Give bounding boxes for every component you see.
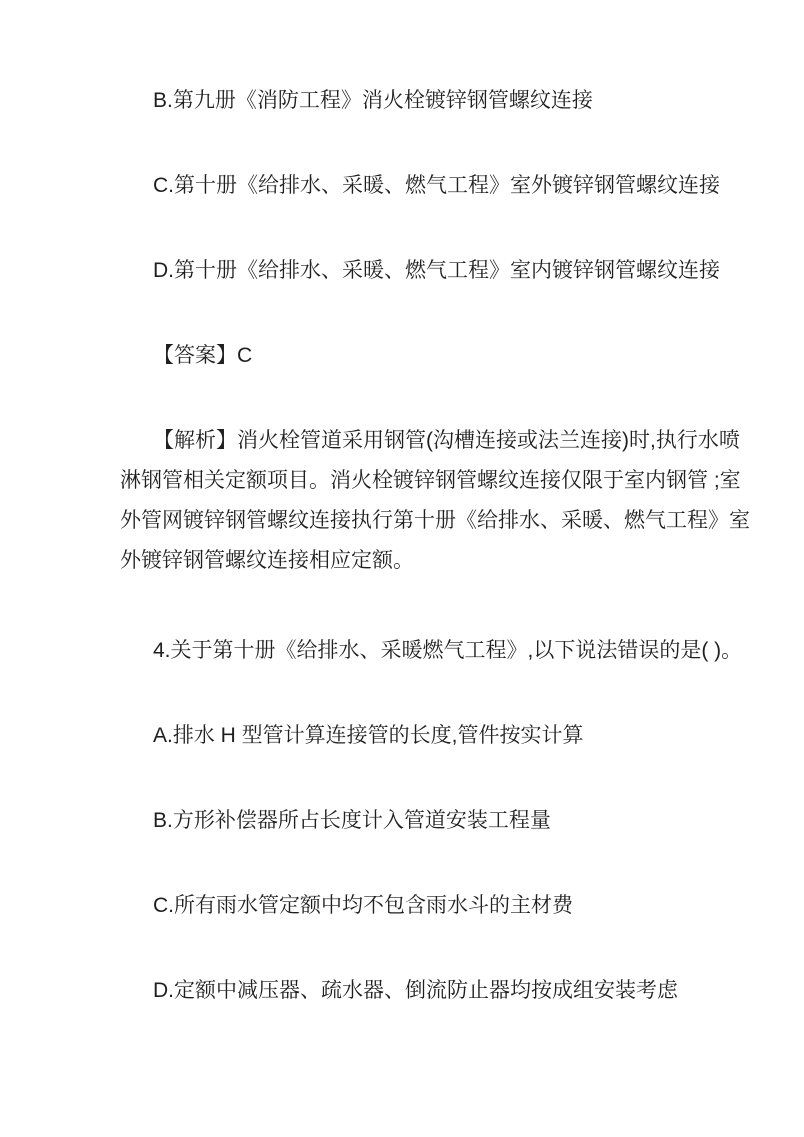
q3-option-b: B.第九册《消防工程》消火栓镀锌钢管螺纹连接	[120, 81, 698, 121]
q4-option-a: A.排水 H 型管计算连接管的长度,管件按实计算	[120, 716, 698, 756]
answer-line: 【答案】C	[120, 336, 698, 376]
analysis-line-2: 淋钢管相关定额项目。消火栓镀锌钢管螺纹连接仅限于室内钢管 ;室	[120, 461, 698, 501]
analysis-paragraph: 【解析】消火栓管道采用钢管(沟槽连接或法兰连接)时,执行水喷 淋钢管相关定额项目…	[120, 421, 698, 581]
analysis-line-1: 【解析】消火栓管道采用钢管(沟槽连接或法兰连接)时,执行水喷	[120, 421, 698, 461]
analysis-line-4: 外镀锌钢管螺纹连接相应定额。	[120, 541, 698, 581]
q4-option-d: D.定额中减压器、疏水器、倒流防止器均按成组安装考虑	[120, 971, 698, 1011]
analysis-line-3: 外管网镀锌钢管螺纹连接执行第十册《给排水、采暖、燃气工程》室	[120, 501, 698, 541]
q3-option-c: C.第十册《给排水、采暖、燃气工程》室外镀锌钢管螺纹连接	[120, 166, 698, 206]
q3-option-d: D.第十册《给排水、采暖、燃气工程》室内镀锌钢管螺纹连接	[120, 251, 698, 291]
document-page: B.第九册《消防工程》消火栓镀锌钢管螺纹连接 C.第十册《给排水、采暖、燃气工程…	[0, 0, 804, 1137]
q4-option-c: C.所有雨水管定额中均不包含雨水斗的主材费	[120, 886, 698, 926]
question-4-stem: 4.关于第十册《给排水、采暖燃气工程》,以下说法错误的是( )。	[120, 631, 698, 671]
q4-option-b: B.方形补偿器所占长度计入管道安装工程量	[120, 801, 698, 841]
